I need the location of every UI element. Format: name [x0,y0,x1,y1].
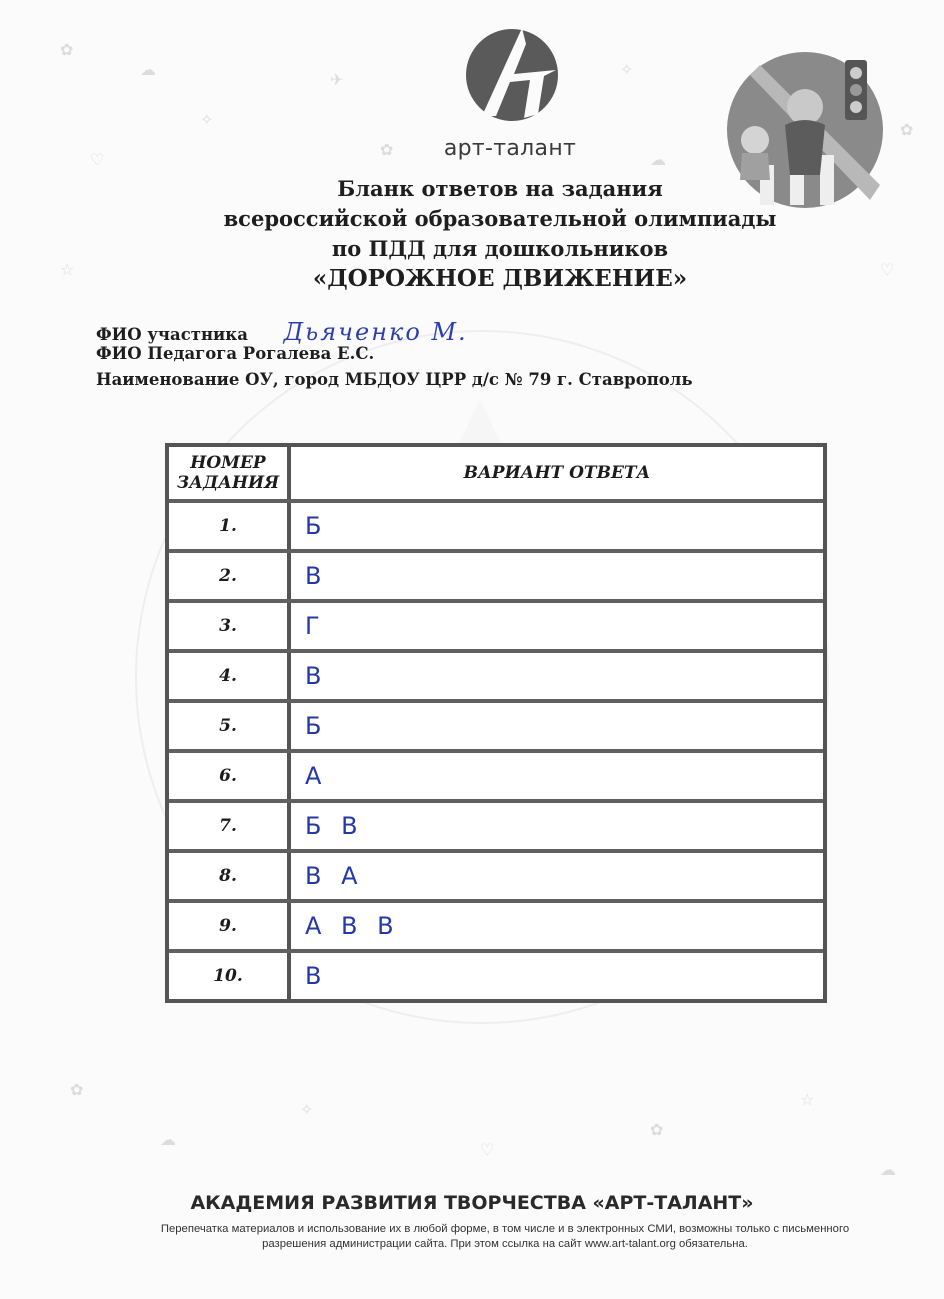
table-row: 9. А В В [169,899,823,949]
teacher-line: ФИО Педагога Рогалева Е.С. [96,344,374,363]
task-number: 3. [169,603,291,649]
participant-label: ФИО участника [96,325,248,344]
table-row: 10. В [169,949,823,999]
answer-cell: Б [291,703,823,749]
table-header-row: НОМЕР ЗАДАНИЯ ВАРИАНТ ОТВЕТА [169,447,823,499]
organization-line: Наименование ОУ, город МБДОУ ЦРР д/с № 7… [96,370,693,389]
title-line-3: по ПДД для дошкольников [200,234,800,264]
table-row: 6. А [169,749,823,799]
task-number: 9. [169,903,291,949]
task-number: 4. [169,653,291,699]
document-title: Бланк ответов на задания всероссийской о… [200,174,800,294]
task-number: 2. [169,553,291,599]
task-number: 6. [169,753,291,799]
answer-cell: А [291,753,823,799]
participant-line: ФИО участника Дьяченко М. [96,318,468,346]
answer-cell: Г [291,603,823,649]
task-number: 10. [169,953,291,999]
art-talant-logo-icon [452,26,572,124]
table-row: 3. Г [169,599,823,649]
table-row: 8. В А [169,849,823,899]
participant-name-handwritten: Дьяченко М. [284,318,468,346]
answer-table: НОМЕР ЗАДАНИЯ ВАРИАНТ ОТВЕТА 1. Б 2. В 3… [165,443,827,1003]
table-row: 1. Б [169,499,823,549]
table-row: 2. В [169,549,823,599]
title-line-1: Бланк ответов на задания [200,174,800,204]
answer-cell: Б [291,503,823,549]
answer-cell: В [291,653,823,699]
title-line-2: всероссийской образовательной олимпиады [200,204,800,234]
answer-cell: А В В [291,903,823,949]
task-number: 7. [169,803,291,849]
answer-cell: Б В [291,803,823,849]
footer-note-line-1: Перепечатка материалов и использование и… [90,1222,920,1237]
title-line-4: «ДОРОЖНОЕ ДВИЖЕНИЕ» [200,264,800,294]
task-number: 1. [169,503,291,549]
table-row: 5. Б [169,699,823,749]
answer-cell: В А [291,853,823,899]
task-number: 8. [169,853,291,899]
table-row: 7. Б В [169,799,823,849]
header-answer-option: ВАРИАНТ ОТВЕТА [291,447,823,499]
answer-cell: В [291,953,823,999]
footer-note-line-2: разрешения администрации сайта. При этом… [90,1237,920,1252]
brand-name: арт-талант [420,136,600,161]
header-task-number: НОМЕР ЗАДАНИЯ [169,447,291,499]
task-number: 5. [169,703,291,749]
footer-academy-title: АКАДЕМИЯ РАЗВИТИЯ ТВОРЧЕСТВА «АРТ-ТАЛАНТ… [0,1192,944,1214]
table-row: 4. В [169,649,823,699]
answer-cell: В [291,553,823,599]
footer-copyright-note: Перепечатка материалов и использование и… [90,1222,920,1252]
